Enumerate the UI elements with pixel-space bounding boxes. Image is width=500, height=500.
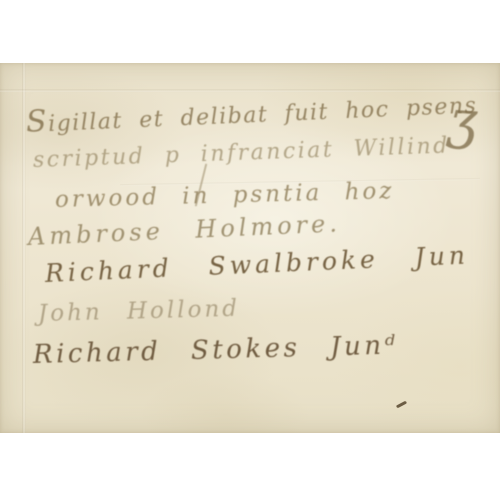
manuscript-line: John Hollond bbox=[38, 296, 241, 327]
manuscript-line: Richard Swalbroke Jun bbox=[44, 241, 469, 288]
manuscript-line: scriptud p infranciat Willind bbox=[33, 133, 451, 173]
page: { "window": { "background_color": "#ffff… bbox=[0, 0, 500, 500]
pen-flourish-icon: ʒ bbox=[446, 90, 479, 152]
manuscript-line: orwood in psntia hoz bbox=[55, 178, 395, 213]
manuscript-photo: Sigillat et delibat fuit hoc psens scrip… bbox=[0, 63, 500, 433]
ink-tick-mark bbox=[396, 401, 407, 409]
manuscript-line: Sigillat et delibat fuit hoc psens bbox=[25, 85, 478, 140]
manuscript-line: Ambrose Holmore. bbox=[27, 209, 341, 251]
manuscript-line: Richard Stokes Junᵈ bbox=[33, 330, 399, 370]
